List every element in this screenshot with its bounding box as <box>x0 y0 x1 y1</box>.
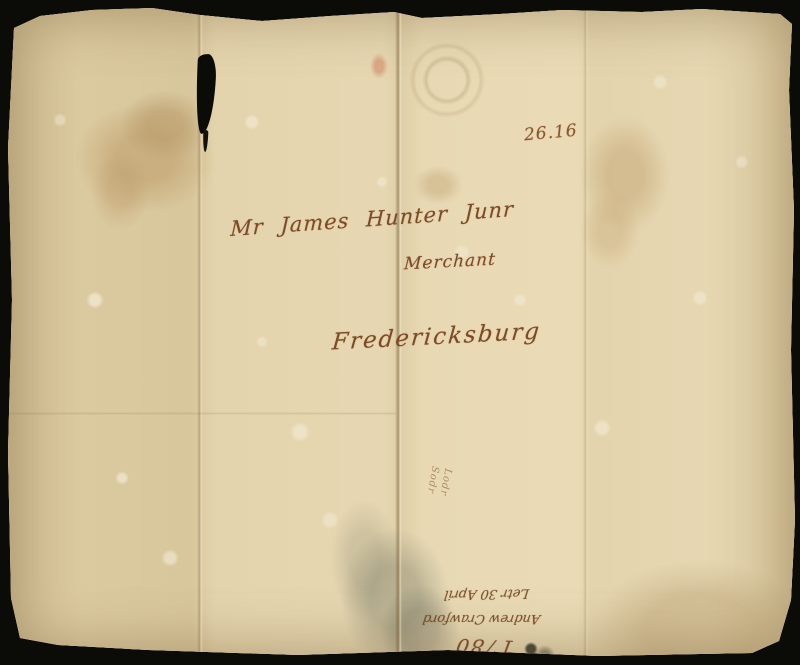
docket-year: 1780 <box>374 631 515 660</box>
letter-paper: 26.16 Mr James Hunter Junr Merchant Fred… <box>0 0 800 665</box>
docket-date: Letr 30 April <box>377 585 530 603</box>
docket-endorsement: 1780 Andrew Crawford Letr 30 April <box>376 533 545 661</box>
address-line-occupation: Merchant <box>404 250 497 275</box>
rate-notation: 26.16 <box>523 121 578 146</box>
filing-side-note: Lodr Sodr <box>420 444 458 517</box>
photo-background: 26.16 Mr James Hunter Junr Merchant Fred… <box>0 0 800 665</box>
docket-sender-name: Andrew Crawford <box>376 611 541 626</box>
address-line-city: Fredericksburg <box>331 318 542 355</box>
address-line-name: Mr James Hunter Junr <box>230 197 515 241</box>
fold-crease-horizontal <box>10 412 396 415</box>
fold-crease-right <box>583 0 588 665</box>
